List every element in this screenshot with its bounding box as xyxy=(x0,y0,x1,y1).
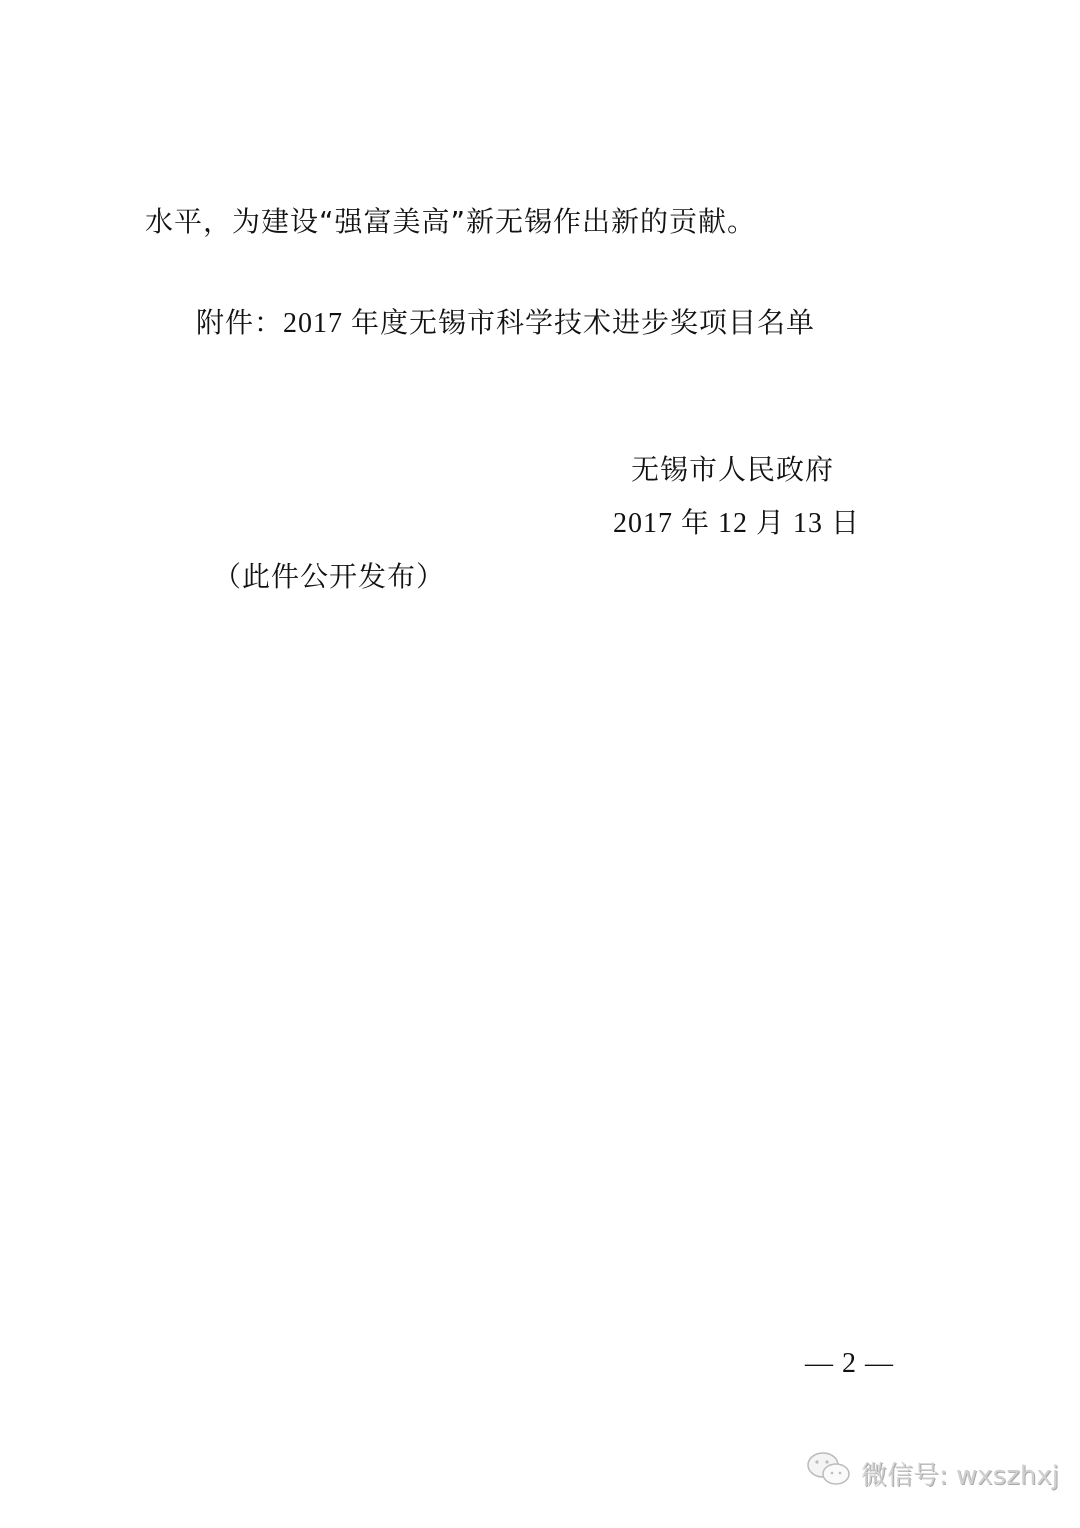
issuer-signature: 无锡市人民政府 xyxy=(631,453,834,487)
publication-note: （此件公开发布） xyxy=(213,560,445,594)
attachment-label: 附件： xyxy=(196,306,283,339)
attachment-line: 附件：2017 年度无锡市科学技术进步奖项目名单 xyxy=(196,306,815,341)
wechat-icon xyxy=(805,1450,855,1497)
wechat-id-text: 微信号: wxszhxj xyxy=(861,1455,1059,1492)
wechat-watermark: 微信号: wxszhxj xyxy=(805,1450,1059,1497)
page-number: — 2 — xyxy=(805,1347,894,1381)
body-text-line: 水平，为建设“强富美高”新无锡作出新的贡献。 xyxy=(145,205,756,239)
attachment-title: 2017 年度无锡市科学技术进步奖项目名单 xyxy=(283,308,815,339)
issue-date: 2017 年 12 月 13 日 xyxy=(613,507,860,541)
